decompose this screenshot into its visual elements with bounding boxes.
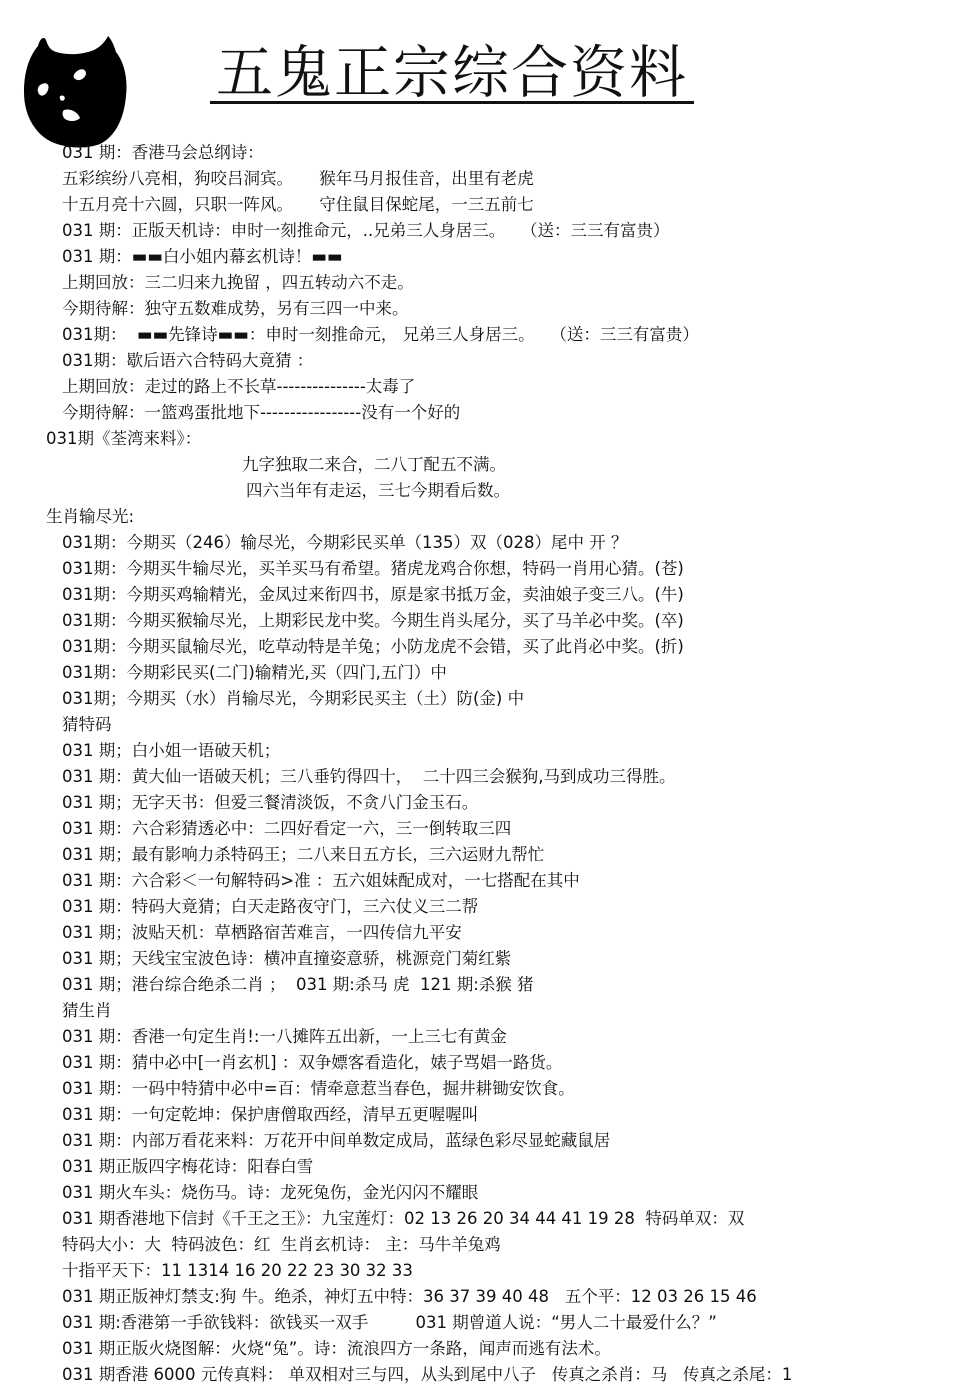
text-line: 九字独取二来合，二八丁配五不满。: [242, 455, 506, 475]
text-line: 生肖输尽光:: [46, 507, 134, 527]
text-line: 031期：今期买鼠输尽光，吃草动特是羊兔；小防龙虎不会错，买了此肖必中奖。(折): [62, 637, 684, 657]
text-line: 今期待解：独守五数难成势，另有三四一中来。: [62, 299, 409, 319]
text-line: 031 期香港 6000 元传真料： 单双相对三与四，从头到尾中八子 传真之杀肖…: [62, 1365, 792, 1385]
page-title: 五鬼正宗综合资料: [210, 44, 694, 102]
text-line: 031 期：六合彩猜透必中：二四好看定一六，三一倒转取三四: [62, 819, 511, 839]
text-line: 特码大小：大 特码波色：红 生肖玄机诗： 主：马牛羊兔鸡: [62, 1235, 501, 1255]
text-line: 031 期；港台综合绝杀二肖 ； 031 期:杀马 虎 121 期:杀猴 猪: [62, 975, 534, 995]
text-line: 031 期：正版天机诗：申时一刻推命元，..兄弟三人身居三。 （送：三三有富贵）: [62, 221, 669, 241]
text-line: 031 期；白小姐一语破天机；: [62, 741, 280, 761]
text-line: 031 期：一句定乾坤：保护唐僧取西经，清早五更喔喔叫: [62, 1105, 478, 1125]
text-line: 031期：今期买鸡输精光，金凤过来衔四书，原是家书抵万金，卖油娘子变三八。(牛): [62, 585, 684, 605]
text-line: 上期回放：走过的路上不长草---------------太毒了: [62, 377, 415, 397]
text-line: 五彩缤纷八亮相，狗咬吕洞宾。 猴年马月报佳音，出里有老虎: [62, 169, 534, 189]
text-line: 031期：歇后语六合特码大竟猜 ：: [62, 351, 313, 371]
text-line: 031期： ▬▬先锋诗▬▬：申时一刻推命元， 兄弟三人身居三。 （送：三三有富贵…: [62, 325, 699, 345]
text-line: 031 期香港地下信封《千王之王》：九宝莲灯：02 13 26 20 34 44…: [62, 1209, 744, 1229]
text-line: 031 期正版神灯禁支:狗 牛。绝杀，神灯五中特：36 37 39 40 48 …: [62, 1287, 757, 1307]
ghost-face-logo-icon: [20, 34, 130, 148]
text-line: 今期待解：一篮鸡蛋批地下-----------------没有一个好的: [62, 403, 460, 423]
text-line: 031期：今期买牛输尽光，买羊买马有希望。猪虎龙鸡合你想，特码一肖用心猜。(苍): [62, 559, 684, 579]
text-line: 031 期正版火烧图解：火烧“兔”。诗：流浪四方一条路，闻声而逃有法术。: [62, 1339, 611, 1359]
text-line: 031 期；最有影响力杀特码王；二八来日五方长，三六运财九帮忙: [62, 845, 544, 865]
text-line: 031 期:香港第一手欲钱料：欲钱买一双手 031 期曾道人说：“男人二十最爱什…: [62, 1313, 717, 1333]
text-line: 031 期：六合彩＜一句解特码>准 ：五六姐妹配成对，一七搭配在其中: [62, 871, 580, 891]
text-line: 031期：今期买（246）输尽光，今期彩民买单（135）双（028）尾中 开 ？: [62, 533, 627, 553]
text-line: 十五月亮十六圆，只职一阵风。 守住鼠目保蛇尾，一三五前七: [62, 195, 534, 215]
text-line: 031期《荃湾来料》：: [46, 429, 201, 449]
text-line: 上期回放：三二归来九挽留 ，四五转动六不走。: [62, 273, 414, 293]
text-line: 031期：今期彩民买(二门)输精光,买（四门,五门）中: [62, 663, 447, 683]
text-line: 四六当年有走运，三七今期看后数。: [246, 481, 510, 501]
text-line: 031 期；天线宝宝波色诗：横冲直撞姿意骄，桃源竞门菊红紫: [62, 949, 511, 969]
text-line: 猜生肖: [62, 1001, 112, 1021]
text-line: 031 期：特码大竟猜；白天走路夜守门，三六仗义三二帮: [62, 897, 478, 917]
text-line: 031 期：内部万看花来料：万花开中间单数定成局，蓝绿色彩尽显蛇藏鼠居: [62, 1131, 610, 1151]
text-line: 031 期正版四字梅花诗：阳春白雪: [62, 1157, 313, 1177]
text-line: 十指平天下：11 1314 16 20 22 23 30 32 33: [62, 1261, 413, 1281]
text-line: 猜特码: [62, 715, 112, 735]
text-line: 031 期：香港马会总纲诗：: [62, 143, 264, 163]
text-line: 031期：今期买猴输尽光，上期彩民龙中奖。今期生肖头尾分，买了马羊必中奖。(卒): [62, 611, 684, 631]
title-underline: [210, 101, 694, 104]
text-line: 031期；今期买（水）肖输尽光，今期彩民买主（土）防(金) 中: [62, 689, 524, 709]
text-line: 031 期：▬▬白小姐内幕玄机诗！▬▬: [62, 247, 343, 267]
text-line: 031 期火车头：烧伤马。诗：龙死兔伤，金光闪闪不耀眼: [62, 1183, 478, 1203]
text-line: 031 期：猜中必中[一肖玄机] ：双争嫖客看造化，婊子骂娼一路货。: [62, 1053, 562, 1073]
text-line: 031 期；波贴天机：草栖路宿苦难言，一四传信九平安: [62, 923, 462, 943]
text-line: 031 期：香港一句定生肖!:一八摊阵五出新，一上三七有黄金: [62, 1027, 507, 1047]
text-line: 031 期：黄大仙一语破天机；三八垂钓得四十， 二十四三会猴狗,马到成功三得胜。: [62, 767, 675, 787]
text-line: 031 期；无字天书：但爱三餐清淡饭，不贪八门金玉石。: [62, 793, 478, 813]
text-line: 031 期：一码中特猜中必中=百：情牵意惹当春色，掘井耕锄安饮食。: [62, 1079, 575, 1099]
